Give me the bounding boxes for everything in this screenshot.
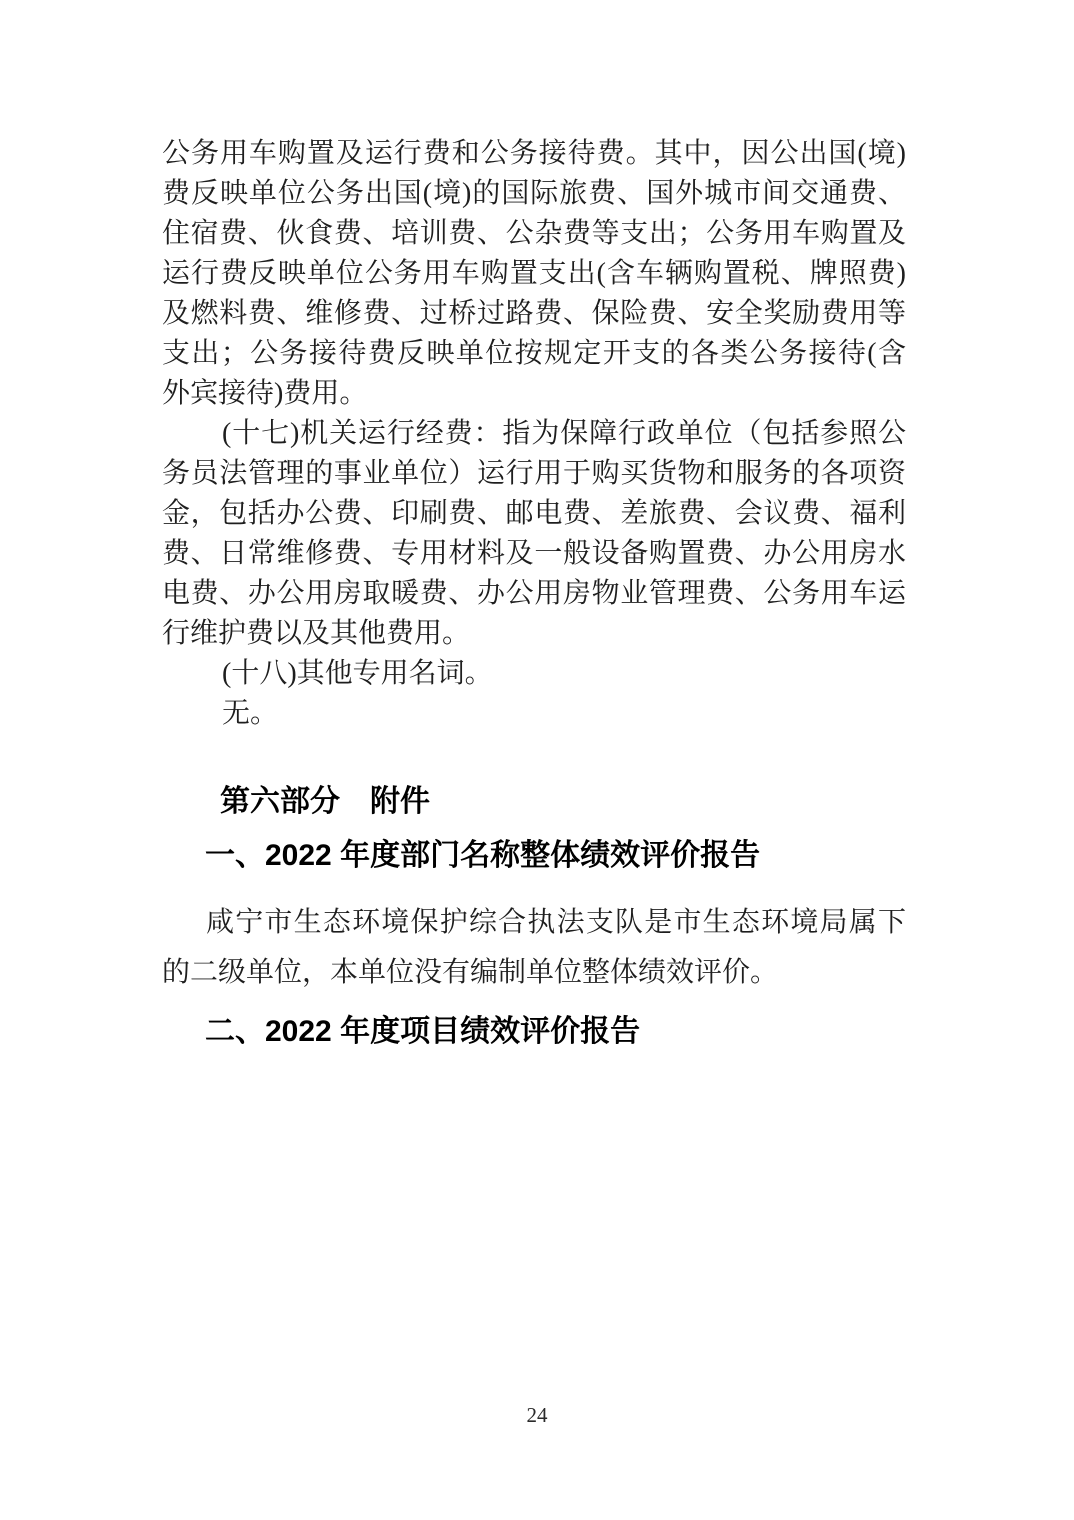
document-page: 公务用车购置及运行费和公务接待费。其中，因公出国(境) 费反映单位公务出国(境)…	[0, 0, 1074, 1520]
paragraph-none: 无。	[162, 694, 906, 734]
body-line: 外宾接待)费用。	[162, 374, 906, 414]
body-line: 支出；公务接待费反映单位按规定开支的各类公务接待(含	[162, 334, 906, 374]
body-line: (十七)机关运行经费：指为保障行政单位（包括参照公	[162, 414, 906, 454]
body-line: 无。	[162, 694, 906, 734]
body-line: 务员法管理的事业单位）运行用于购买货物和服务的各项资	[162, 454, 906, 494]
body-line: 住宿费、伙食费、培训费、公杂费等支出；公务用车购置及	[162, 214, 906, 254]
body-line: 电费、办公用房取暖费、办公用房物业管理费、公务用车运	[162, 574, 906, 614]
body-line: 咸宁市生态环境保护综合执法支队是市生态环境局属下	[162, 898, 906, 948]
body-line: 运行费反映单位公务用车购置支出(含车辆购置税、牌照费)	[162, 254, 906, 294]
paragraph-item18: (十八)其他专用名词。	[162, 654, 906, 694]
body-line: (十八)其他专用名词。	[162, 654, 906, 694]
body-line: 的二级单位，本单位没有编制单位整体绩效评价。	[162, 948, 906, 998]
page-number: 24	[0, 1402, 1074, 1428]
section-heading-part6: 第六部分 附件	[162, 782, 906, 822]
body-line: 公务用车购置及运行费和公务接待费。其中，因公出国(境)	[162, 134, 906, 174]
body-line: 费反映单位公务出国(境)的国际旅费、国外城市间交通费、	[162, 174, 906, 214]
paragraph-item17: (十七)机关运行经费：指为保障行政单位（包括参照公 务员法管理的事业单位）运行用…	[162, 414, 906, 654]
paragraph-continuation: 公务用车购置及运行费和公务接待费。其中，因公出国(境) 费反映单位公务出国(境)…	[162, 134, 906, 414]
body-line: 金，包括办公费、印刷费、邮电费、差旅费、会议费、福利	[162, 494, 906, 534]
body-line: 行维护费以及其他费用。	[162, 614, 906, 654]
page-body: 公务用车购置及运行费和公务接待费。其中，因公出国(境) 费反映单位公务出国(境)…	[162, 134, 906, 1052]
body-line: 及燃料费、维修费、过桥过路费、保险费、安全奖励费用等	[162, 294, 906, 334]
attachment1-heading: 一、2022 年度部门名称整体绩效评价报告	[162, 836, 906, 876]
body-line: 费、日常维修费、专用材料及一般设备购置费、办公用房水	[162, 534, 906, 574]
paragraph-attachment1-body: 咸宁市生态环境保护综合执法支队是市生态环境局属下 的二级单位，本单位没有编制单位…	[162, 898, 906, 998]
attachment2-heading: 二、2022 年度项目绩效评价报告	[162, 1012, 906, 1052]
